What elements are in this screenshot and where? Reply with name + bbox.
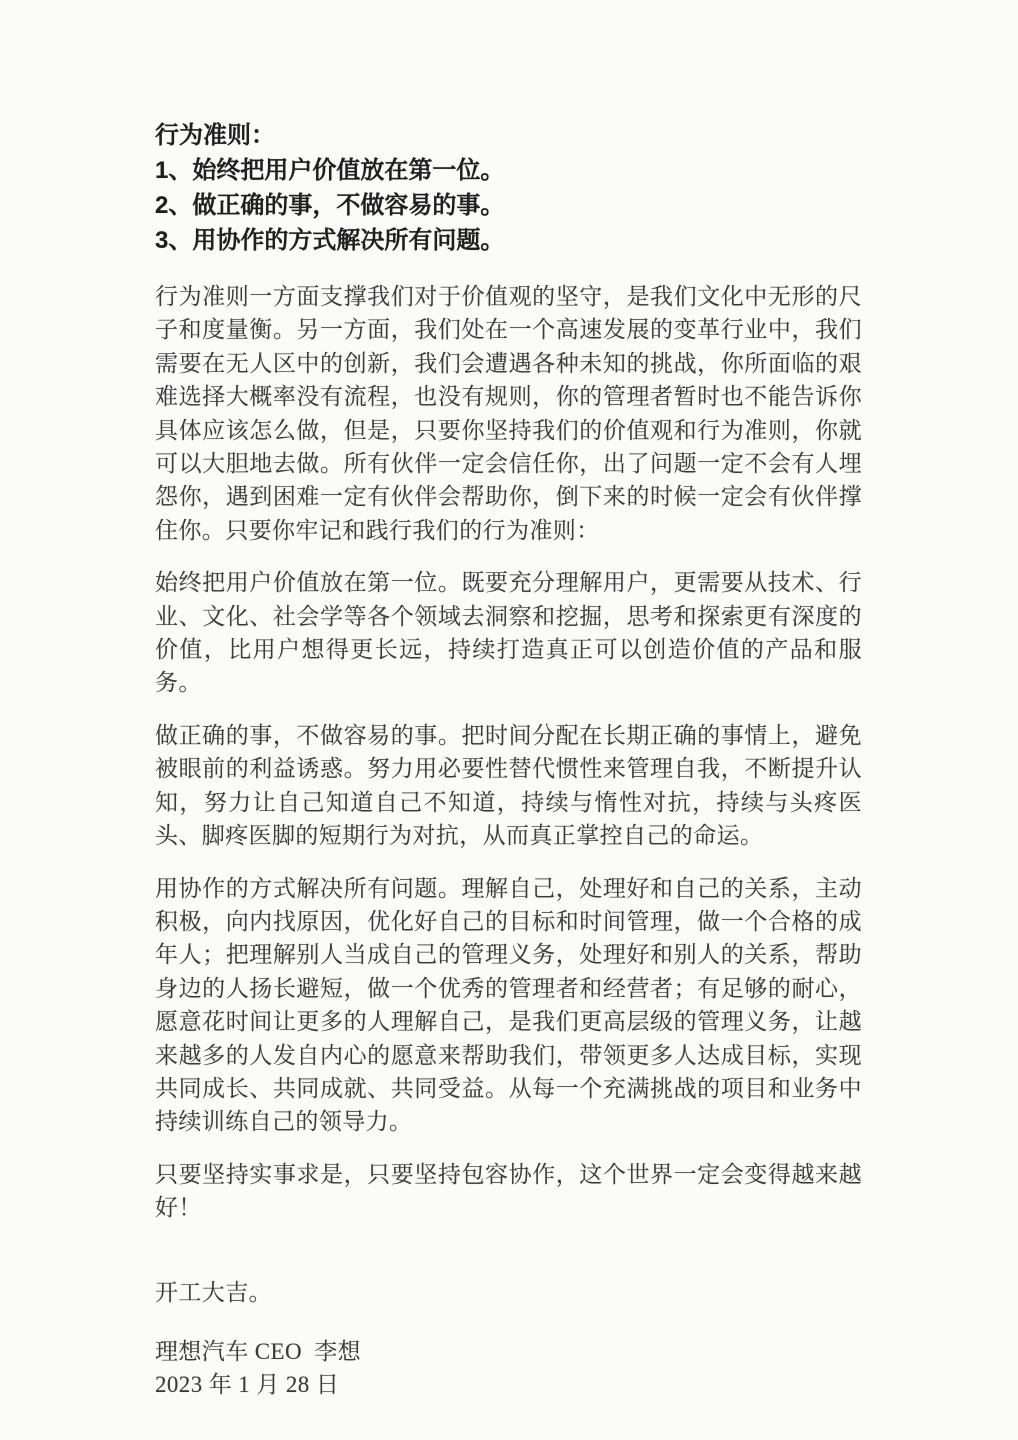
closing-wish: 开工大吉。	[155, 1276, 862, 1309]
rule-item-2: 2、做正确的事，不做容易的事。	[155, 188, 862, 223]
paragraph-conclusion: 只要坚持实事求是，只要坚持包容协作，这个世界一定会变得越来越好！	[155, 1158, 862, 1225]
rules-list: 1、始终把用户价值放在第一位。 2、做正确的事，不做容易的事。 3、用协作的方式…	[155, 153, 862, 258]
rule-item-3: 3、用协作的方式解决所有问题。	[155, 223, 862, 258]
rule-item-1: 1、始终把用户价值放在第一位。	[155, 153, 862, 188]
paragraph-intro: 行为准则一方面支撑我们对于价值观的坚守，是我们文化中无形的尺子和度量衡。另一方面…	[155, 280, 862, 547]
signature-line: 理想汽车 CEO 李想	[155, 1335, 862, 1368]
paragraph-rule2-detail: 做正确的事，不做容易的事。把时间分配在长期正确的事情上，避免被眼前的利益诱惑。努…	[155, 719, 862, 853]
signature-block: 理想汽车 CEO 李想 2023 年 1 月 28 日	[155, 1335, 862, 1402]
paragraph-rule1-detail: 始终把用户价值放在第一位。既要充分理解用户，更需要从技术、行业、文化、社会学等各…	[155, 566, 862, 700]
paragraph-rule3-detail: 用协作的方式解决所有问题。理解自己，处理好和自己的关系，主动积极，向内找原因，优…	[155, 872, 862, 1139]
scanned-letter-page: 行为准则： 1、始终把用户价值放在第一位。 2、做正确的事，不做容易的事。 3、…	[0, 0, 1018, 1440]
date-line: 2023 年 1 月 28 日	[155, 1368, 862, 1401]
document-heading: 行为准则：	[155, 118, 862, 153]
